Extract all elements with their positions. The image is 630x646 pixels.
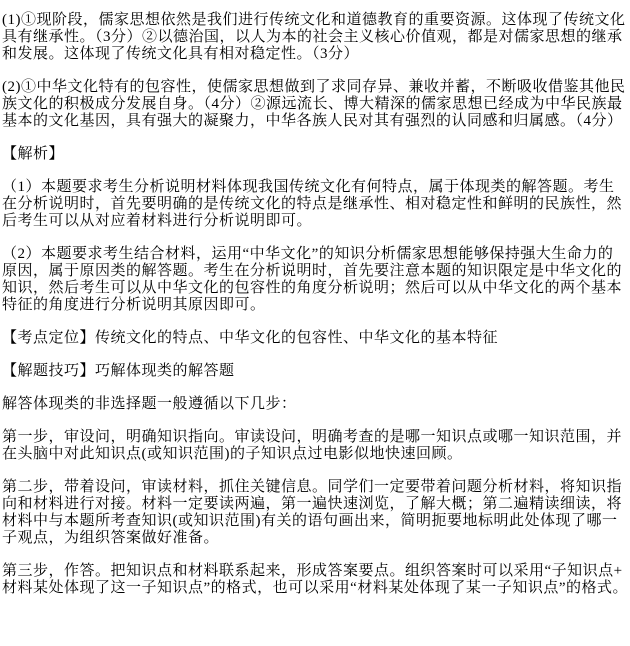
exam-point-label: 【考点定位】: [2, 330, 95, 346]
analysis-para-2: （2）本题要求考生结合材料，运用“中华文化”的知识分析儒家思想能够保持强大生命力…: [2, 246, 628, 314]
steps-intro: 解答体现类的非选择题一般遵循以下几步：: [2, 396, 628, 413]
technique-line: 【解题技巧】巧解体现类的解答题: [2, 363, 628, 380]
analysis-para-1: （1）本题要求考生分析说明材料体现我国传统文化有何特点，属于体现类的解答题。考生…: [2, 179, 628, 230]
step-1: 第一步，审设问，明确知识指向。审读设问，明确考查的是哪一知识点或哪一知识范围，并…: [2, 429, 628, 463]
exam-point-text: 传统文化的特点、中华文化的包容性、中华文化的基本特征: [95, 330, 498, 346]
document-page: (1)①现阶段，儒家思想依然是我们进行传统文化和道德教育的重要资源。这体现了传统…: [0, 0, 630, 646]
answer-part-1: (1)①现阶段，儒家思想依然是我们进行传统文化和道德教育的重要资源。这体现了传统…: [2, 12, 628, 63]
exam-point-line: 【考点定位】传统文化的特点、中华文化的包容性、中华文化的基本特征: [2, 330, 628, 347]
answer-part-2: (2)①中华文化特有的包容性，使儒家思想做到了求同存异、兼收并蓄，不断吸收借鉴其…: [2, 79, 628, 130]
analysis-heading: 【解析】: [2, 146, 628, 163]
technique-label: 【解题技巧】: [2, 363, 95, 379]
step-2: 第二步，带着设问，审读材料，抓住关键信息。同学们一定要带着问题分析材料，将知识指…: [2, 479, 628, 547]
technique-text: 巧解体现类的解答题: [95, 363, 235, 379]
step-3: 第三步，作答。把知识点和材料联系起来，形成答案要点。组织答案时可以采用“子知识点…: [2, 563, 628, 597]
